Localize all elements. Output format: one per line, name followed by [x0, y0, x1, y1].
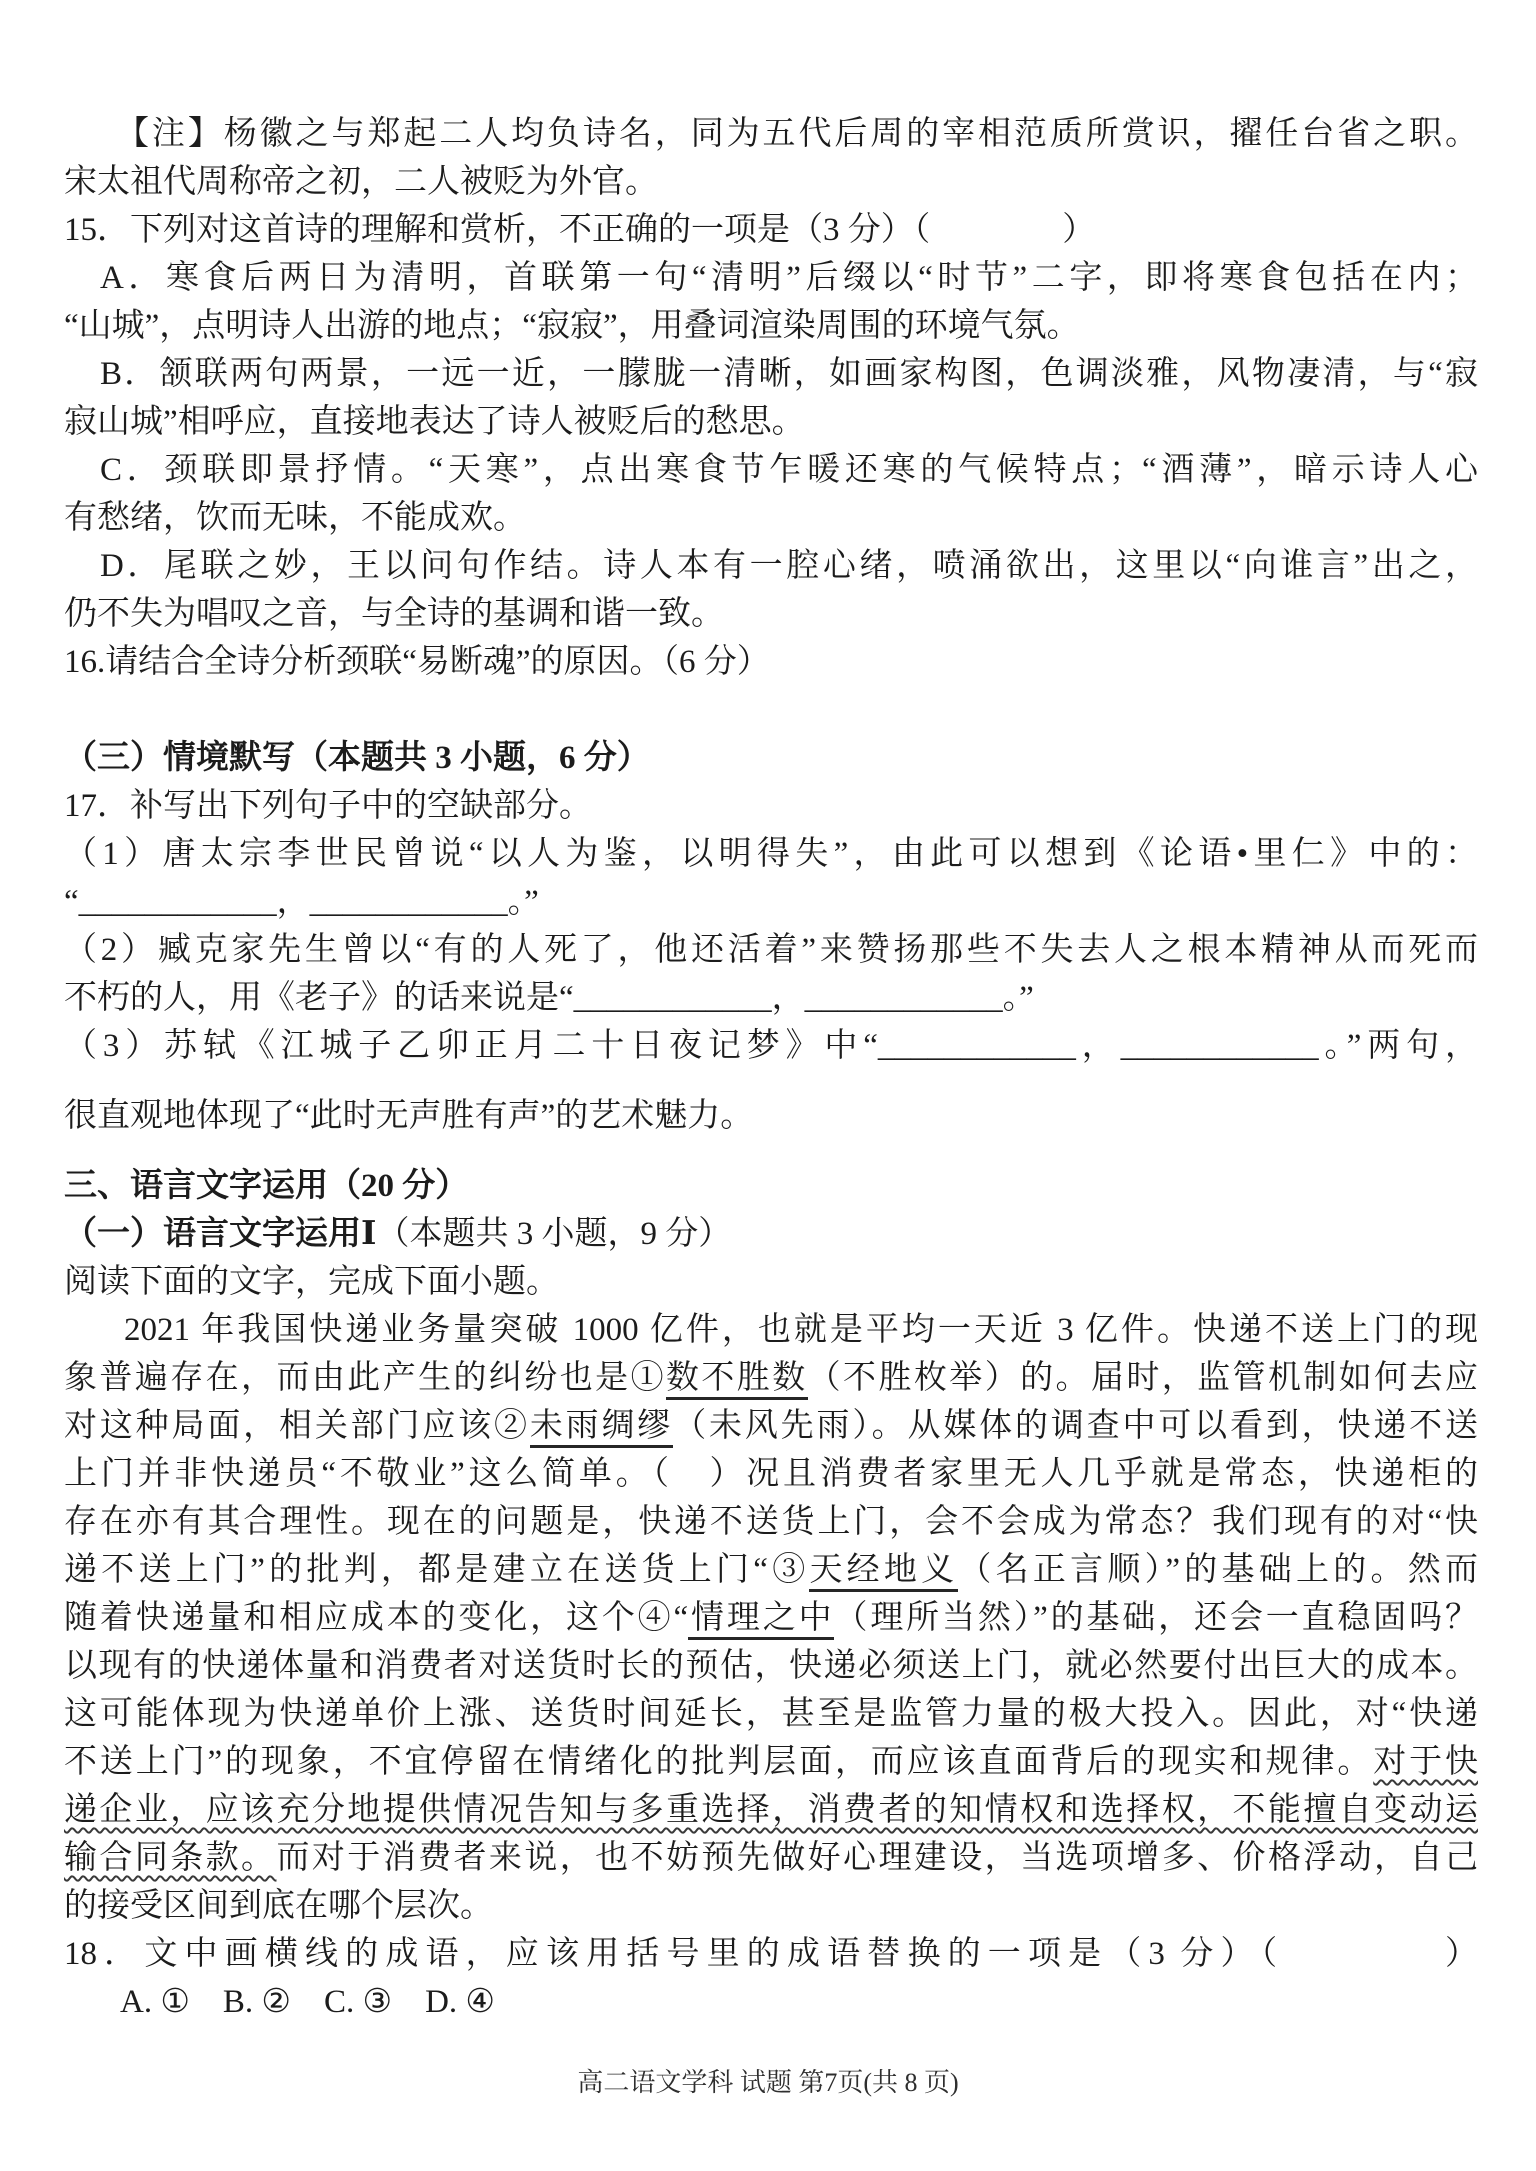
text-run: 象普遍存在，而由此产生的纠纷也是①: [64, 1360, 666, 1396]
passage-line-13: 的接受区间到底在哪个层次。: [64, 1882, 1478, 1930]
text-run: 随着快递量和相应成本的变化，这个④“: [64, 1600, 688, 1636]
q16-stem: 16.请结合全诗分析颈联“易断魂”的原因。（6 分）: [64, 638, 1478, 686]
text-run: （本题共 3 小题，9 分）: [376, 1216, 731, 1252]
text-run: D．尾联之妙，王以问句作结。诗人本有一腔心绪，喷涌欲出，这里以“向谁言”出之，: [100, 548, 1478, 584]
section-3-header: （三）情境默写（本题共 3 小题，6 分）: [64, 734, 1478, 782]
text-run: 阅读下面的文字，完成下面小题。: [64, 1264, 559, 1300]
text-run: A．寒食后两日为清明，首联第一句“清明”后缀以“时节”二字，即将寒食包括在内；: [100, 260, 1478, 296]
exam-body: 【注】杨徽之与郑起二人均负诗名，同为五代后周的宰相范质所赏识，擢任台省之职。宋太…: [64, 110, 1478, 2026]
text-run: 递不送上门”的批判，都是建立在送货上门“③: [64, 1552, 809, 1588]
section-3-1-title: （一）语言文字运用Ⅰ: [64, 1216, 376, 1252]
text-run: 以现有的快递体量和消费者对送货时长的预估，快递必须送上门，就必然要付出巨大的成本…: [64, 1648, 1478, 1684]
q15-option-a-line-1: A．寒食后两日为清明，首联第一句“清明”后缀以“时节”二字，即将寒食包括在内；: [64, 254, 1478, 302]
q18-options: A. ① B. ② C. ③ D. ④: [64, 1978, 1478, 2026]
q15-option-d-line-2: 仍不失为唱叹之音，与全诗的基调和谐一致。: [64, 590, 1478, 638]
text-run: 很直观地体现了“此时无声胜有声”的艺术魅力。: [64, 1098, 753, 1134]
passage-line-5: 存在亦有其合理性。现在的问题是，快递不送货上门，会不会成为常态？我们现有的对“快: [64, 1498, 1478, 1546]
passage-line-9: 这可能体现为快递单价上涨、送货时间延长，甚至是监管力量的极大投入。因此，对“快递: [64, 1690, 1478, 1738]
text-run: 15．下列对这首诗的理解和赏析，不正确的一项是（3 分）（ ）: [64, 212, 1095, 248]
section-3-1-header: （一）语言文字运用Ⅰ（本题共 3 小题，9 分）: [64, 1210, 1478, 1258]
q17-part-2-line-2: 不朽的人，用《老子》的话来说是“____________，___________…: [64, 974, 1478, 1022]
q17-part-1-line-2: “____________，____________。”: [64, 878, 1478, 926]
text-run: 的接受区间到底在哪个层次。: [64, 1888, 493, 1924]
text-run: （2）臧克家先生曾以“有的人死了，他还活着”来赞扬那些不失去人之根本精神从而死而: [64, 932, 1478, 968]
passage-line-6: 递不送上门”的批判，都是建立在送货上门“③天经地义（名正言顺）”的基础上的。然而: [64, 1546, 1478, 1594]
text-run: “山城”，点明诗人出游的地点；“寂寂”，用叠词渲染周围的环境气氛。: [64, 308, 1080, 344]
q18-option-list: A. ① B. ② C. ③ D. ④: [120, 1984, 495, 2020]
text-run: 【注】杨徽之与郑起二人均负诗名，同为五代后周的宰相范质所赏识，擢任台省之职。: [116, 116, 1478, 152]
idiom-2-underlined: 未雨绸缪: [530, 1408, 673, 1448]
text-run: （未风先雨）。从媒体的调查中可以看到，快递不送: [673, 1408, 1478, 1444]
q15-stem: 15．下列对这首诗的理解和赏析，不正确的一项是（3 分）（ ）: [64, 206, 1478, 254]
passage-line-11: 递企业，应该充分地提供情况告知与多重选择，消费者的知情权和选择权，不能擅自变动运: [64, 1786, 1478, 1834]
text-run: 2021 年我国快递业务量突破 1000 亿件，也就是平均一天近 3 亿件。快递…: [124, 1312, 1478, 1348]
text-run: 而对于消费者来说，也不妨预先做好心理建设，当选项增多、价格浮动，自己: [276, 1840, 1478, 1876]
text-run: （理所当然）”的基础，还会一直稳固吗？: [834, 1600, 1478, 1636]
exam-page: 【注】杨徽之与郑起二人均负诗名，同为五代后周的宰相范质所赏识，擢任台省之职。宋太…: [0, 0, 1536, 2171]
text-run: （不胜枚举）的。届时，监管机制如何去应: [808, 1360, 1478, 1396]
q15-option-c-line-1: C．颈联即景抒情。“天寒”，点出寒食节乍暖还寒的气候特点；“酒薄”，暗示诗人心: [64, 446, 1478, 494]
passage-line-7: 随着快递量和相应成本的变化，这个④“情理之中（理所当然）”的基础，还会一直稳固吗…: [64, 1594, 1478, 1642]
text-run: “____________，____________。”: [64, 884, 539, 920]
text-run: 17．补写出下列句子中的空缺部分。: [64, 788, 592, 824]
idiom-3-underlined: 天经地义: [809, 1552, 958, 1592]
text-run: 上门并非快递员“不敬业”这么简单。（ ）况且消费者家里无人几乎就是常态，快递柜的: [64, 1456, 1478, 1492]
passage-line-8: 以现有的快递体量和消费者对送货时长的预估，快递必须送上门，就必然要付出巨大的成本…: [64, 1642, 1478, 1690]
text-run: （3）苏轼《江城子乙卯正月二十日夜记梦》中“____________，_____…: [64, 1028, 1478, 1064]
text-run: 仍不失为唱叹之音，与全诗的基调和谐一致。: [64, 596, 724, 632]
note-line-2: 宋太祖代周称帝之初，二人被贬为外官。: [64, 158, 1478, 206]
q15-option-b-line-1: B．颔联两句两景，一远一近，一朦胧一清晰，如画家构图，色调淡雅，风物凄清，与“寂: [64, 350, 1478, 398]
text-run: 16.请结合全诗分析颈联“易断魂”的原因。（6 分）: [64, 644, 770, 680]
passage-line-3: 对这种局面，相关部门应该②未雨绸缪（未风先雨）。从媒体的调查中可以看到，快递不送: [64, 1402, 1478, 1450]
text-run: （1）唐太宗李世民曾说“以人为鉴，以明得失”，由此可以想到《论语•里仁》中的：: [64, 836, 1478, 872]
text-run: 寂山城”相呼应，直接地表达了诗人被贬后的愁思。: [64, 404, 805, 440]
passage-intro: 阅读下面的文字，完成下面小题。: [64, 1258, 1478, 1306]
idiom-1-underlined: 数不胜数: [666, 1360, 808, 1400]
page-footer-text: 高二语文学科 试题 第7页(共 8 页): [577, 2068, 958, 2097]
q17-part-2-line-1: （2）臧克家先生曾以“有的人死了，他还活着”来赞扬那些不失去人之根本精神从而死而: [64, 926, 1478, 974]
q17-part-3-line-1: （3）苏轼《江城子乙卯正月二十日夜记梦》中“____________，_____…: [64, 1022, 1478, 1070]
text-run: 18．文中画横线的成语，应该用括号里的成语替换的一项是（3 分）（ ）: [64, 1936, 1478, 1972]
page-footer: 高二语文学科 试题 第7页(共 8 页): [0, 2062, 1536, 2099]
text-run: 宋太祖代周称帝之初，二人被贬为外官。: [64, 164, 658, 200]
section-main-3-header: 三、语言文字运用（20 分）: [64, 1162, 1478, 1210]
text-run: 这可能体现为快递单价上涨、送货时间延长，甚至是监管力量的极大投入。因此，对“快递: [64, 1696, 1478, 1732]
q15-option-d-line-1: D．尾联之妙，王以问句作结。诗人本有一腔心绪，喷涌欲出，这里以“向谁言”出之，: [64, 542, 1478, 590]
text-run: 不朽的人，用《老子》的话来说是“____________，___________…: [64, 980, 1034, 1016]
text-run: 三、语言文字运用（20 分）: [64, 1168, 468, 1204]
text-run: 存在亦有其合理性。现在的问题是，快递不送货上门，会不会成为常态？我们现有的对“快: [64, 1504, 1478, 1540]
q15-option-b-line-2: 寂山城”相呼应，直接地表达了诗人被贬后的愁思。: [64, 398, 1478, 446]
text-run: （名正言顺）”的基础上的。然而: [958, 1552, 1478, 1588]
text-run: B．颔联两句两景，一远一近，一朦胧一清晰，如画家构图，色调淡雅，风物凄清，与“寂: [100, 356, 1478, 392]
q18-stem: 18．文中画横线的成语，应该用括号里的成语替换的一项是（3 分）（ ）: [64, 1930, 1478, 1978]
passage-line-4: 上门并非快递员“不敬业”这么简单。（ ）况且消费者家里无人几乎就是常态，快递柜的: [64, 1450, 1478, 1498]
passage-line-12: 输合同条款。而对于消费者来说，也不妨预先做好心理建设，当选项增多、价格浮动，自己: [64, 1834, 1478, 1882]
text-run: 对这种局面，相关部门应该②: [64, 1408, 530, 1444]
q15-option-c-line-2: 有愁绪，饮而无味，不能成欢。: [64, 494, 1478, 542]
text-run: 有愁绪，饮而无味，不能成欢。: [64, 500, 526, 536]
text-run: （三）情境默写（本题共 3 小题，6 分）: [64, 740, 650, 776]
passage-line-10: 不送上门”的现象，不宜停留在情绪化的批判层面，而应该直面背后的现实和规律。对于快: [64, 1738, 1478, 1786]
q15-option-a-line-2: “山城”，点明诗人出游的地点；“寂寂”，用叠词渲染周围的环境气氛。: [64, 302, 1478, 350]
wavy-sentence-part-1: 对于快: [1373, 1744, 1478, 1780]
wavy-sentence-part-3: 输合同条款。: [64, 1840, 276, 1876]
text-run: C．颈联即景抒情。“天寒”，点出寒食节乍暖还寒的气候特点；“酒薄”，暗示诗人心: [100, 452, 1478, 488]
q17-part-1-line-1: （1）唐太宗李世民曾说“以人为鉴，以明得失”，由此可以想到《论语•里仁》中的：: [64, 830, 1478, 878]
text-run: 不送上门”的现象，不宜停留在情绪化的批判层面，而应该直面背后的现实和规律。: [64, 1744, 1373, 1780]
passage-line-1: 2021 年我国快递业务量突破 1000 亿件，也就是平均一天近 3 亿件。快递…: [64, 1306, 1478, 1354]
passage-line-2: 象普遍存在，而由此产生的纠纷也是①数不胜数（不胜枚举）的。届时，监管机制如何去应: [64, 1354, 1478, 1402]
idiom-4-underlined: 情理之中: [688, 1600, 834, 1640]
note-line-1: 【注】杨徽之与郑起二人均负诗名，同为五代后周的宰相范质所赏识，擢任台省之职。: [64, 110, 1478, 158]
wavy-sentence-part-2: 递企业，应该充分地提供情况告知与多重选择，消费者的知情权和选择权，不能擅自变动运: [64, 1792, 1478, 1828]
q17-stem: 17．补写出下列句子中的空缺部分。: [64, 782, 1478, 830]
q17-part-3-line-2: 很直观地体现了“此时无声胜有声”的艺术魅力。: [64, 1092, 1478, 1140]
